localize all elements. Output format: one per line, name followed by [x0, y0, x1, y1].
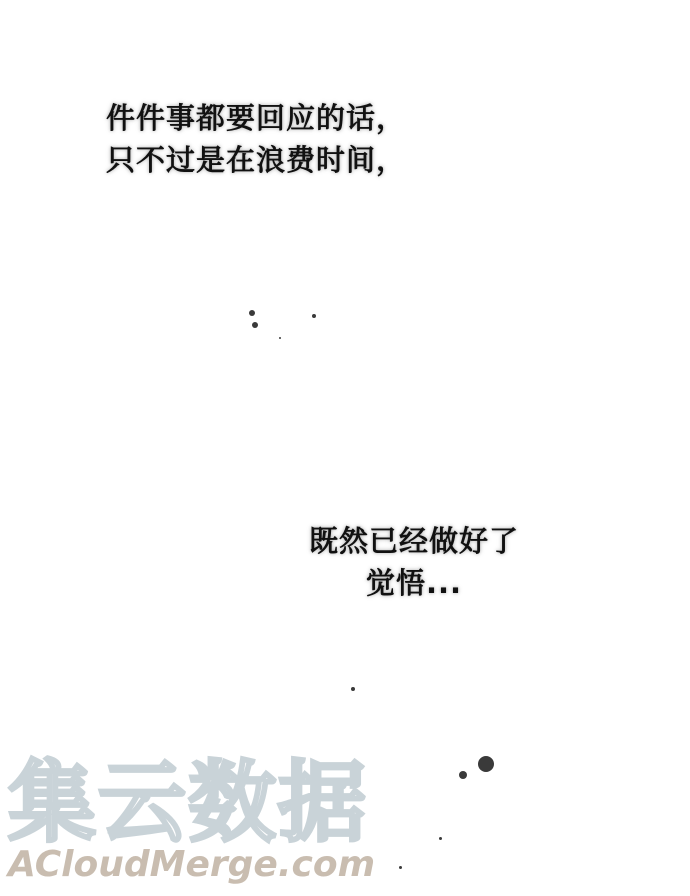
dialogue-caption-1: 件件事都要回应的话， 只不过是在浪费时间， — [106, 97, 406, 181]
watermark: 集云数据 ACloudMerge.com — [8, 755, 388, 890]
watermark-english-text: ACloudMerge.com — [8, 843, 375, 887]
ink-dot — [312, 314, 316, 318]
ink-dot — [459, 771, 467, 779]
ink-dot — [439, 837, 442, 840]
caption-2-line-1: 既然已经做好了 — [298, 520, 530, 562]
ink-dot — [252, 322, 258, 328]
comic-panel: 件件事都要回应的话， 只不过是在浪费时间， 既然已经做好了 觉悟... 集云数据… — [0, 0, 690, 896]
ink-dot — [279, 337, 281, 339]
ink-dot — [351, 687, 355, 691]
caption-2-line-2: 觉悟... — [298, 562, 530, 604]
ink-dot — [478, 756, 494, 772]
dialogue-caption-2: 既然已经做好了 觉悟... — [298, 520, 530, 604]
ink-dot — [399, 866, 402, 869]
caption-1-line-1: 件件事都要回应的话， — [106, 97, 406, 139]
watermark-chinese-text: 集云数据 — [8, 755, 368, 851]
ink-dot — [249, 310, 255, 316]
caption-1-line-2: 只不过是在浪费时间， — [106, 139, 406, 181]
